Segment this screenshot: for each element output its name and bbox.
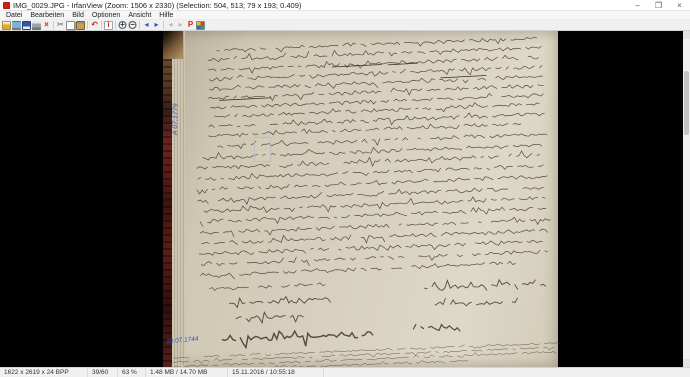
signature-large-strokes [222,328,373,350]
status-zoom-level: 63 % [118,368,146,377]
scrollbar-thumb[interactable] [684,71,689,135]
toolbar-separator [87,21,88,29]
menu-item-bild[interactable]: Bild [68,12,88,19]
window-title: IMG_0029.JPG - IrfanView (Zoom: 1506 x 2… [13,1,301,10]
open-folder-icon[interactable] [2,21,11,30]
image-info-icon[interactable]: i [104,21,113,30]
thumbnails-icon[interactable] [196,21,205,30]
status-file-datetime: 15.11.2016 / 10:55:18 [228,368,324,377]
maximize-button[interactable]: ❒ [648,0,669,10]
image-canvas[interactable]: A 07.1779 18.07.1744 [0,31,690,367]
closing-line-strokes [209,283,325,291]
irfanview-app-icon [3,2,10,9]
status-file-size: 1.48 MB / 14.70 MB [146,368,228,377]
minimize-button[interactable]: – [627,0,648,10]
handwriting-layer [157,31,565,367]
status-file-index: 39/60 [88,368,118,377]
scroll-up-arrow-icon[interactable] [683,31,690,39]
last-file-icon[interactable]: ▸ [176,21,185,30]
paragraph-2-strokes [195,130,552,280]
title-bar: IMG_0029.JPG - IrfanView (Zoom: 1506 x 2… [0,0,690,11]
toolbar-separator [139,21,140,29]
slideshow-icon[interactable] [12,21,21,30]
scanned-manuscript-photo: A 07.1779 18.07.1744 [163,31,558,367]
word-underline [219,98,271,101]
delete-icon[interactable]: × [42,21,51,30]
vertical-scrollbar[interactable] [683,31,690,367]
menu-item-datei[interactable]: Datei [2,12,26,19]
menu-item-ansicht[interactable]: Ansicht [124,12,155,19]
selection-rectangle[interactable] [254,137,271,162]
toolbar-separator [115,21,116,29]
menu-item-hilfe[interactable]: Hilfe [155,12,177,19]
zoom-in-icon[interactable]: + [118,21,127,30]
undo-icon[interactable]: ↶ [90,21,99,30]
word-underline [440,75,486,77]
cut-icon[interactable]: ✂ [56,21,65,30]
signature-left-1-strokes [229,295,330,308]
paint-dialog-icon[interactable]: P [186,21,195,30]
blue-archive-number-vertical: A 07.1779 [172,103,180,135]
signature-right-1-strokes [424,277,546,293]
print-icon[interactable] [32,21,41,30]
zoom-out-icon[interactable]: − [128,21,137,30]
scroll-down-arrow-icon[interactable] [683,359,690,367]
marginal-notes-strokes [173,341,561,367]
paste-icon[interactable] [76,21,85,30]
copy-icon[interactable] [66,21,75,30]
menu-bar: DateiBearbeitenBildOptionenAnsichtHilfe [0,11,690,20]
status-image-dimensions: 1622 x 2619 x 24 BPP [0,368,88,377]
menu-item-optionen[interactable]: Optionen [88,12,124,19]
paragraph-1-strokes [205,36,544,139]
irfanview-window: IMG_0029.JPG - IrfanView (Zoom: 1506 x 2… [0,0,690,377]
toolbar-separator [101,21,102,29]
word-underline [388,63,418,65]
toolbar-separator [163,21,164,29]
signature-clara-strokes [413,323,460,333]
signature-left-2-strokes [236,311,304,324]
signature-right-2-strokes [435,296,518,307]
first-file-icon[interactable]: ◂ [166,21,175,30]
window-controls: – ❒ × [627,0,690,10]
next-file-icon[interactable]: ▸ [152,21,161,30]
toolbar-separator [53,21,54,29]
handwriting-strokes [157,31,565,367]
prev-file-icon[interactable]: ◂ [142,21,151,30]
status-bar: 1622 x 2619 x 24 BPP 39/60 63 % 1.48 MB … [0,367,690,377]
toolbar: ×✂↶i+−◂▸◂▸P [0,20,690,31]
menu-item-bearbeiten[interactable]: Bearbeiten [26,12,68,19]
save-icon[interactable] [22,21,31,30]
close-button[interactable]: × [669,0,690,10]
